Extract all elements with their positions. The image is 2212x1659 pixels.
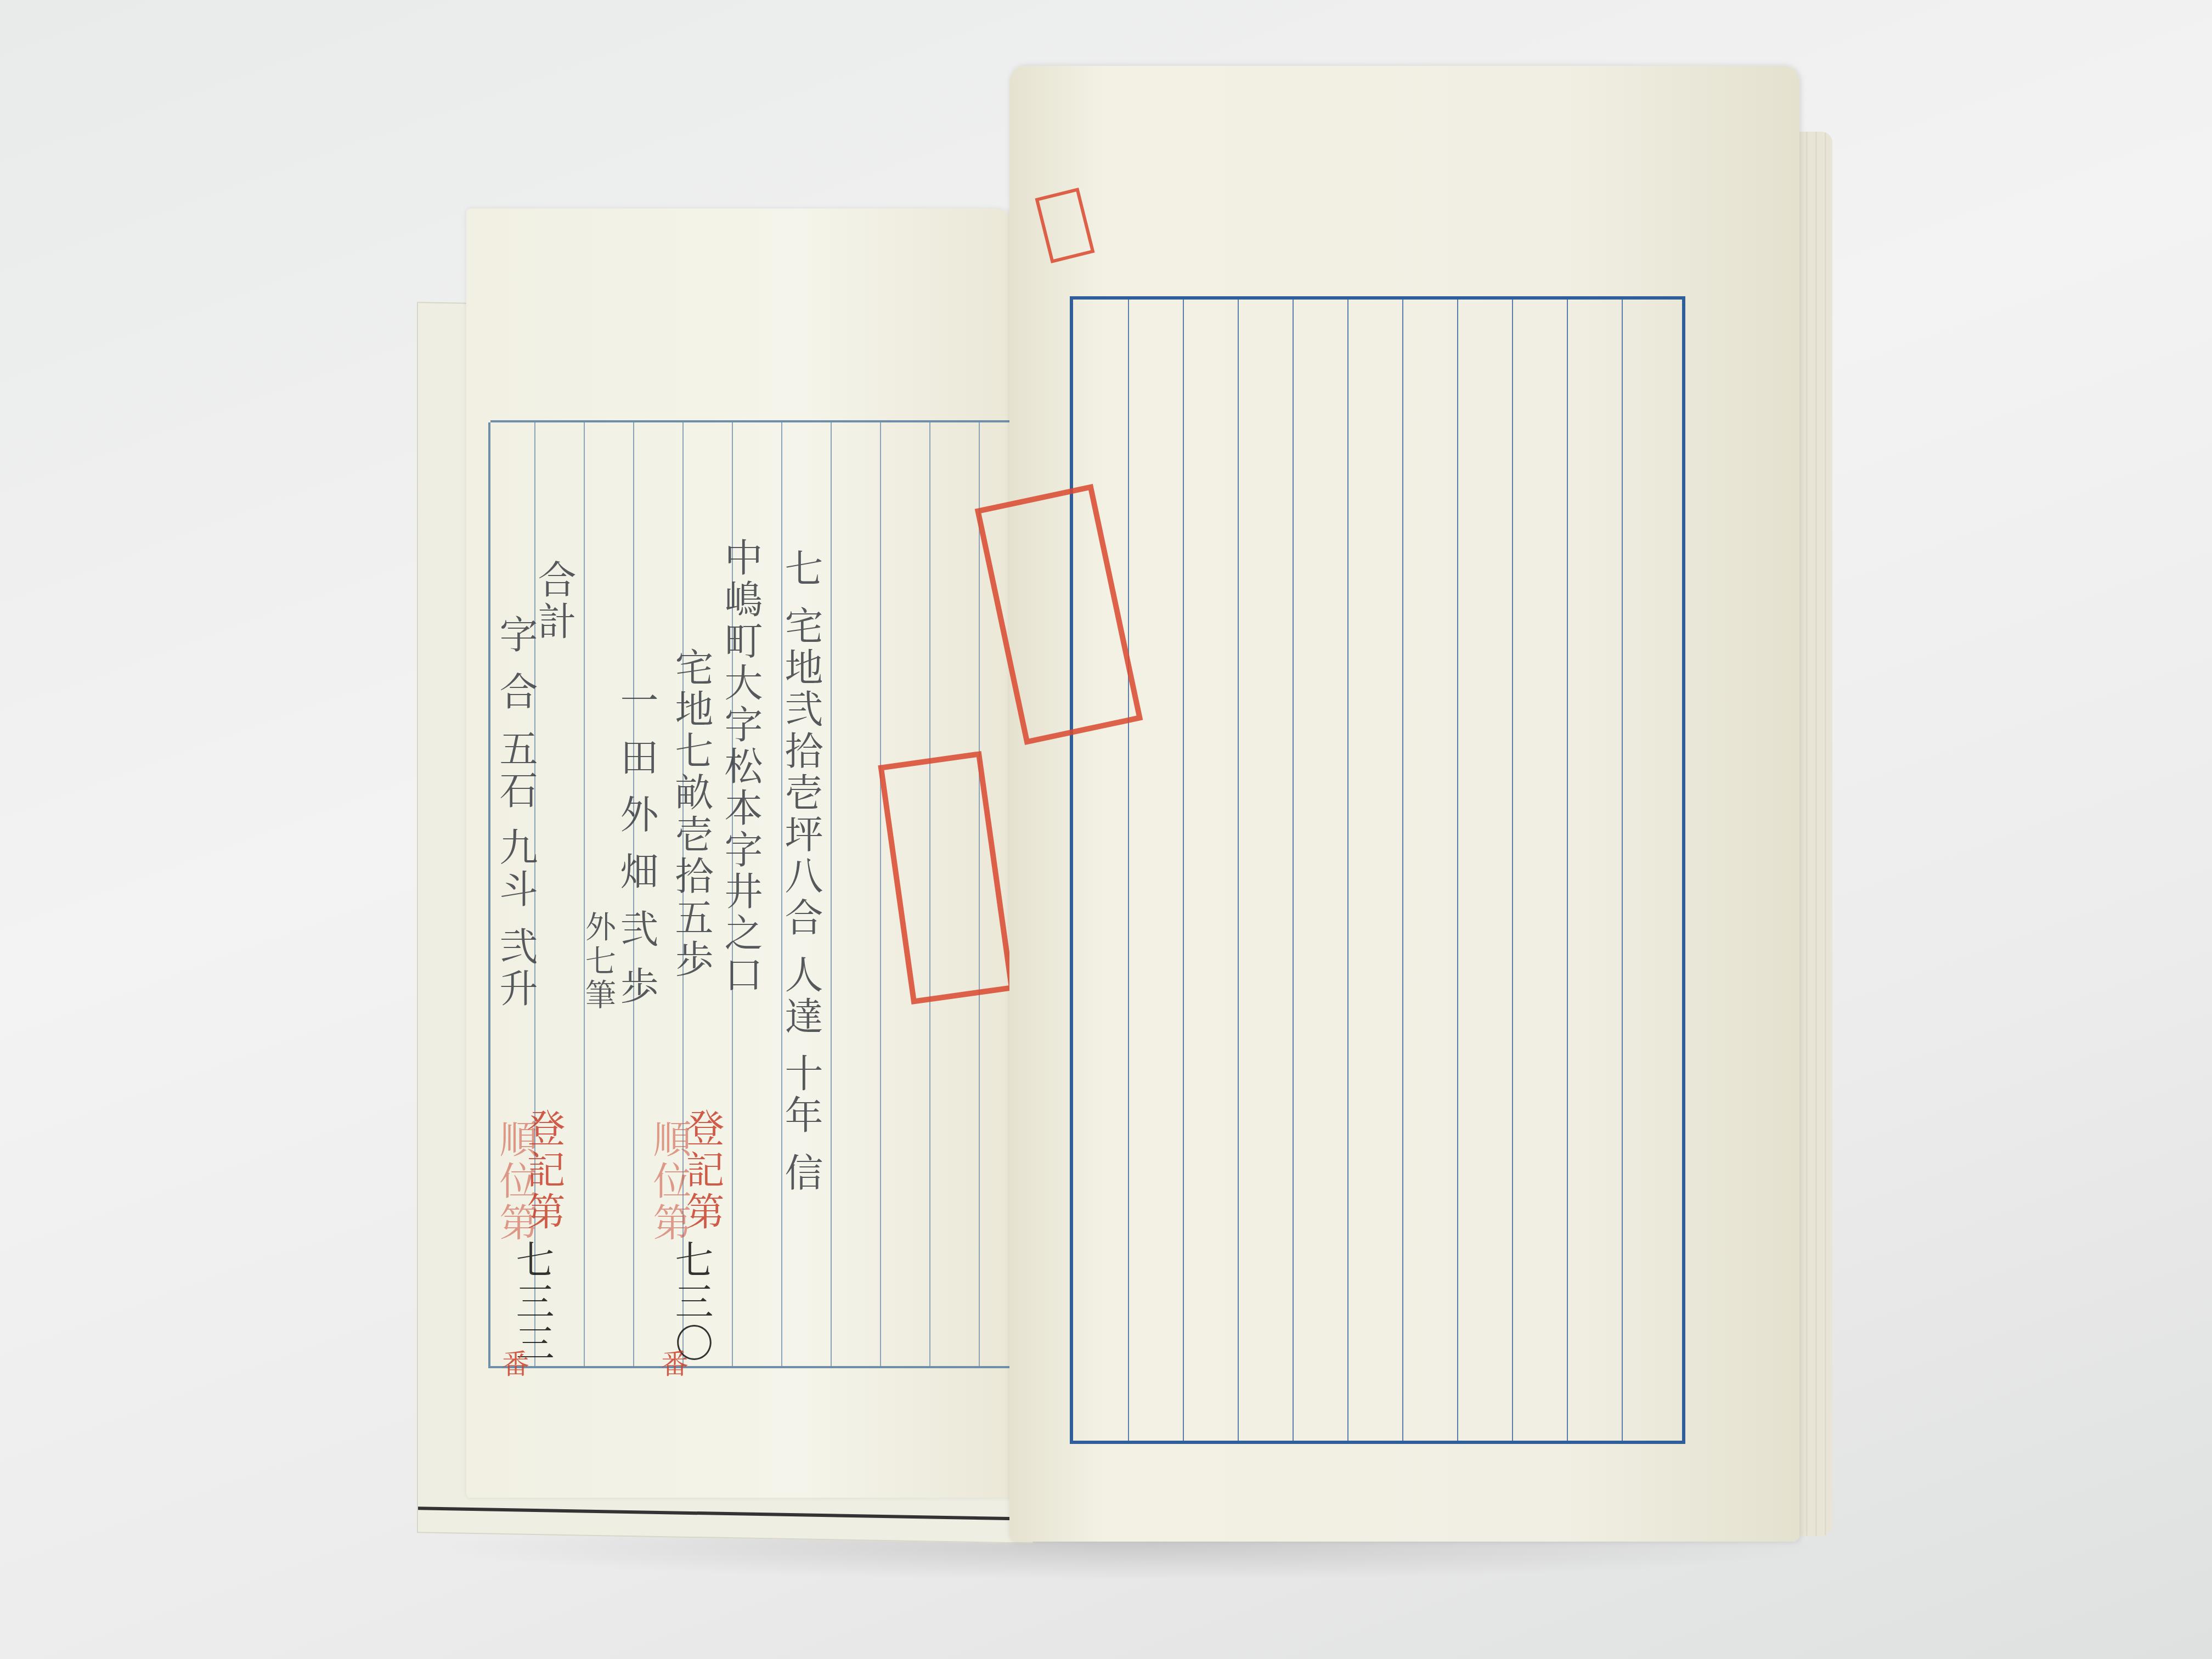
handwritten-column: 字 合 五石 九斗 弐升 xyxy=(488,614,544,1010)
handwritten-column: 中嶋町大字松本字井之口 xyxy=(713,538,769,996)
rank-label: 順位第 xyxy=(488,1119,544,1244)
rule-line xyxy=(584,422,585,1366)
ban-seal: 番 xyxy=(494,1350,533,1380)
small-red-seal-stamp xyxy=(1035,188,1094,263)
handwritten-column: 七 宅地弐拾壱坪八合 人達 十年 信 xyxy=(774,549,829,1194)
handwritten-column: 外七筆 xyxy=(576,911,620,1013)
rule-line xyxy=(1402,300,1403,1441)
ban-seal: 番 xyxy=(653,1350,692,1380)
rule-line xyxy=(1457,300,1458,1441)
left-page: 七 宅地弐拾壱坪八合 人達 十年 信 中嶋町大字松本字井之口 宅地七畝壱拾五歩 … xyxy=(466,208,1026,1498)
handwritten-column: 宅地七畝壱拾五歩 xyxy=(664,647,719,981)
right-page xyxy=(1009,66,1799,1542)
rule-line xyxy=(1622,300,1623,1441)
black-rule-line xyxy=(418,1506,1032,1521)
rank-label: 順位第 xyxy=(642,1119,697,1244)
frame-top-edge xyxy=(490,420,1017,422)
rule-line xyxy=(1567,300,1568,1441)
right-ruled-frame xyxy=(1070,296,1685,1444)
rule-line xyxy=(1293,300,1294,1441)
rule-line xyxy=(880,422,881,1366)
registration-number: 七三〇 xyxy=(664,1240,719,1365)
rule-line xyxy=(1238,300,1239,1441)
rule-line xyxy=(1512,300,1513,1441)
rule-line xyxy=(1183,300,1184,1441)
rule-line xyxy=(1128,300,1129,1441)
rule-line xyxy=(1347,300,1348,1441)
rule-line xyxy=(831,422,832,1366)
registration-number: 七三三 xyxy=(505,1240,560,1365)
